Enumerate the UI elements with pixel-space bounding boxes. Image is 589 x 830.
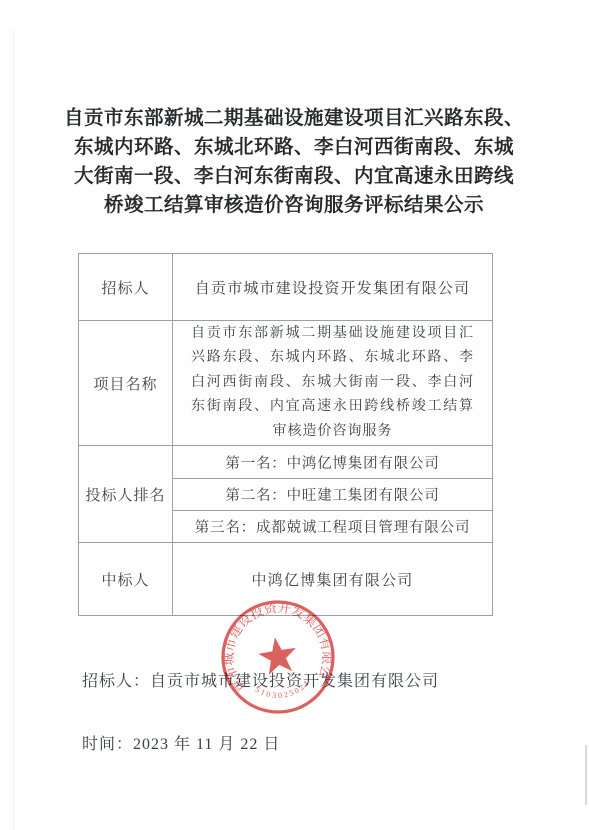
project-value-cell: 自贡市东部新城二期基础设施建设项目汇兴路东段、东城内环路、东城北环路、李白河西街… (173, 321, 492, 445)
winner-value: 中鸿亿博集团有限公司 (173, 543, 492, 615)
footer-date-value: 2023 年 11 月 22 日 (133, 736, 280, 753)
project-value: 自贡市东部新城二期基础设施建设项目汇兴路东段、东城内环路、东城北环路、李白河西街… (181, 320, 484, 447)
rank-first: 第一名：中鸿亿博集团有限公司 (173, 446, 492, 478)
footer-tenderer-label: 招标人： (82, 673, 150, 690)
title-line-2: 东城内环路、东城北环路、李白河西街南段、东城 (62, 133, 526, 162)
scan-artifact-right (585, 745, 587, 805)
table-row-tenderer: 招标人 自贡市城市建设投资开发集团有限公司 (79, 254, 492, 320)
winner-label: 中标人 (79, 543, 173, 615)
title-line-4: 桥竣工结算审核造价咨询服务评标结果公示 (62, 191, 526, 220)
table-row-winner: 中标人 中鸿亿博集团有限公司 (79, 542, 492, 615)
rank-second: 第二名：中旺建工集团有限公司 (173, 478, 492, 510)
scan-artifact-left (13, 30, 14, 830)
tenderer-label: 招标人 (79, 254, 173, 320)
ranking-label: 投标人排名 (79, 446, 173, 542)
ranking-list: 第一名：中鸿亿博集团有限公司 第二名：中旺建工集团有限公司 第三名：成都兢诚工程… (173, 446, 492, 542)
document-page: 自贡市东部新城二期基础设施建设项目汇兴路东段、 东城内环路、东城北环路、李白河西… (0, 0, 589, 830)
table-row-ranking: 投标人排名 第一名：中鸿亿博集团有限公司 第二名：中旺建工集团有限公司 第三名：… (79, 445, 492, 542)
table-row-project: 项目名称 自贡市东部新城二期基础设施建设项目汇兴路东段、东城内环路、东城北环路、… (79, 320, 492, 445)
footer-tenderer-line: 招标人：自贡市城市建设投资开发集团有限公司 (82, 668, 439, 691)
title-line-3: 大街南一段、李白河东街南段、内宜高速永田跨线 (62, 162, 526, 191)
tenderer-value: 自贡市城市建设投资开发集团有限公司 (173, 254, 492, 320)
footer-date-label: 时间： (82, 736, 133, 753)
footer-date-line: 时间：2023 年 11 月 22 日 (82, 731, 280, 754)
rank-third: 第三名：成都兢诚工程项目管理有限公司 (173, 510, 492, 542)
footer-tenderer-value: 自贡市城市建设投资开发集团有限公司 (150, 673, 439, 690)
title-line-1: 自贡市东部新城二期基础设施建设项目汇兴路东段、 (62, 104, 526, 133)
results-table: 招标人 自贡市城市建设投资开发集团有限公司 项目名称 自贡市东部新城二期基础设施… (78, 253, 493, 616)
page-title: 自贡市东部新城二期基础设施建设项目汇兴路东段、 东城内环路、东城北环路、李白河西… (62, 104, 526, 220)
project-label: 项目名称 (79, 321, 173, 445)
